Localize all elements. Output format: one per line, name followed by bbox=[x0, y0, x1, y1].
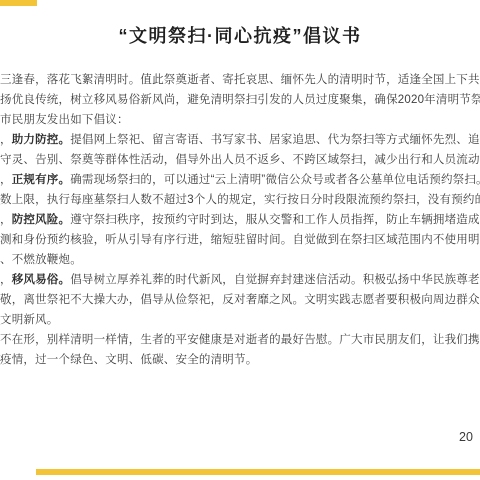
body-line-text: 守灵、告别、祭奠等群体性活动，倡导外出人员不返乡、不跨区域祭扫，减少出行和人员流… bbox=[0, 154, 480, 166]
body-line-emphasis: 助力防控。 bbox=[12, 134, 71, 146]
body-line-text: 数上限，执行每座墓祭扫人数不超过3个人的规定，实行按日分时段限流预约祭扫，没有预… bbox=[0, 194, 480, 206]
body-line-text: 倡导树立厚养礼葬的时代新风，自觉摒弃封建迷信活动。积极弘扬中华民族尊老敬老传统 bbox=[70, 274, 480, 286]
body-line-text: ， bbox=[0, 274, 12, 286]
body-line-text: ， bbox=[0, 174, 12, 186]
body-line: ，正规有序。确需现场祭扫的，可以通过“云上清明”微信公众号或者各公墓单位电话预约… bbox=[0, 170, 480, 190]
body-line: 疫情，过一个绿色、文明、低碳、安全的清明节。 bbox=[0, 350, 480, 370]
body-line-text: ， bbox=[0, 134, 12, 146]
highlight-bar-top bbox=[0, 0, 37, 6]
body-line: 数上限，执行每座墓祭扫人数不超过3个人的规定，实行按日分时段限流预约祭扫，没有预… bbox=[0, 190, 480, 210]
body-line-text: 文明新风。 bbox=[0, 314, 59, 326]
body-line-text: 提倡网上祭祀、留言寄语、书写家书、居家追思、代为祭扫等方式缅怀先烈、追思祖先。 bbox=[70, 134, 480, 146]
body-line-text: 确需现场祭扫的，可以通过“云上清明”微信公众号或者各公墓单位电话预约祭扫。各公 bbox=[70, 174, 480, 186]
body-line: 敬，离世祭祀不大操大办，倡导从俭祭祀，反对奢靡之风。文明实践志愿者要积极向周边群… bbox=[0, 290, 480, 310]
document-page: “文明祭扫·同心抗疫”倡议书 三逢春，落花飞絮清明时。值此祭奠逝者、寄托哀思、缅… bbox=[0, 0, 480, 480]
body-line: 测和身份预约核验，听从引导有序行进，缩短驻留时间。自觉做到在祭扫区域范围内不使用… bbox=[0, 230, 480, 250]
body-line: ，防控风险。遵守祭扫秩序，按预约守时到达，服从交警和工作人员指挥，防止车辆拥堵造… bbox=[0, 210, 480, 230]
body-line: 三逢春，落花飞絮清明时。值此祭奠逝者、寄托哀思、缅怀先人的清明时节，适逢全国上下… bbox=[0, 70, 480, 90]
body-line-text: 测和身份预约核验，听从引导有序行进，缩短驻留时间。自觉做到在祭扫区域范围内不使用… bbox=[0, 234, 480, 246]
body-line: 扬优良传统，树立移风易俗新风尚，避免清明祭扫引发的人员过度聚集，确保2020年清… bbox=[0, 90, 480, 110]
body-line-emphasis: 正规有序。 bbox=[12, 174, 71, 186]
body-line: 、不燃放鞭炮。 bbox=[0, 250, 480, 270]
body-line-emphasis: 移风易俗。 bbox=[12, 274, 71, 286]
body-line-text: 遵守祭扫秩序，按预约守时到达，服从交警和工作人员指挥，防止车辆拥堵造成人员聚集 bbox=[70, 214, 480, 226]
body-line: 不在形，别样清明一样情，生者的平安健康是对逝者的最好告慰。广大市民朋友们，让我们… bbox=[0, 330, 480, 350]
body-line-text: ， bbox=[0, 214, 12, 226]
body-line-text: 市民朋友发出如下倡议： bbox=[0, 114, 129, 126]
body-line-text: 不在形，别样清明一样情，生者的平安健康是对逝者的最好告慰。广大市民朋友们，让我们… bbox=[0, 334, 480, 346]
body-line-text: 扬优良传统，树立移风易俗新风尚，避免清明祭扫引发的人员过度聚集，确保2020年清… bbox=[0, 94, 480, 106]
body-line-text: 敬，离世祭祀不大操大办，倡导从俭祭祀，反对奢靡之风。文明实践志愿者要积极向周边群… bbox=[0, 294, 480, 306]
page-title: “文明祭扫·同心抗疫”倡议书 bbox=[0, 22, 480, 48]
body-line: 守灵、告别、祭奠等群体性活动，倡导外出人员不返乡、不跨区域祭扫，减少出行和人员流… bbox=[0, 150, 480, 170]
body-line: ，助力防控。提倡网上祭祀、留言寄语、书写家书、居家追思、代为祭扫等方式缅怀先烈、… bbox=[0, 130, 480, 150]
body-line-text: 三逢春，落花飞絮清明时。值此祭奠逝者、寄托哀思、缅怀先人的清明时节，适逢全国上下… bbox=[0, 74, 480, 86]
date-fragment: 20 bbox=[459, 430, 473, 444]
document-body: 三逢春，落花飞絮清明时。值此祭奠逝者、寄托哀思、缅怀先人的清明时节，适逢全国上下… bbox=[0, 70, 480, 370]
body-line: 市民朋友发出如下倡议： bbox=[0, 110, 480, 130]
body-line: ，移风易俗。倡导树立厚养礼葬的时代新风，自觉摒弃封建迷信活动。积极弘扬中华民族尊… bbox=[0, 270, 480, 290]
body-line-text: 疫情，过一个绿色、文明、低碳、安全的清明节。 bbox=[0, 354, 257, 366]
body-line-emphasis: 防控风险。 bbox=[12, 214, 71, 226]
highlight-bar-bottom bbox=[36, 469, 480, 475]
body-line: 文明新风。 bbox=[0, 310, 480, 330]
body-line-text: 、不燃放鞭炮。 bbox=[0, 254, 82, 266]
